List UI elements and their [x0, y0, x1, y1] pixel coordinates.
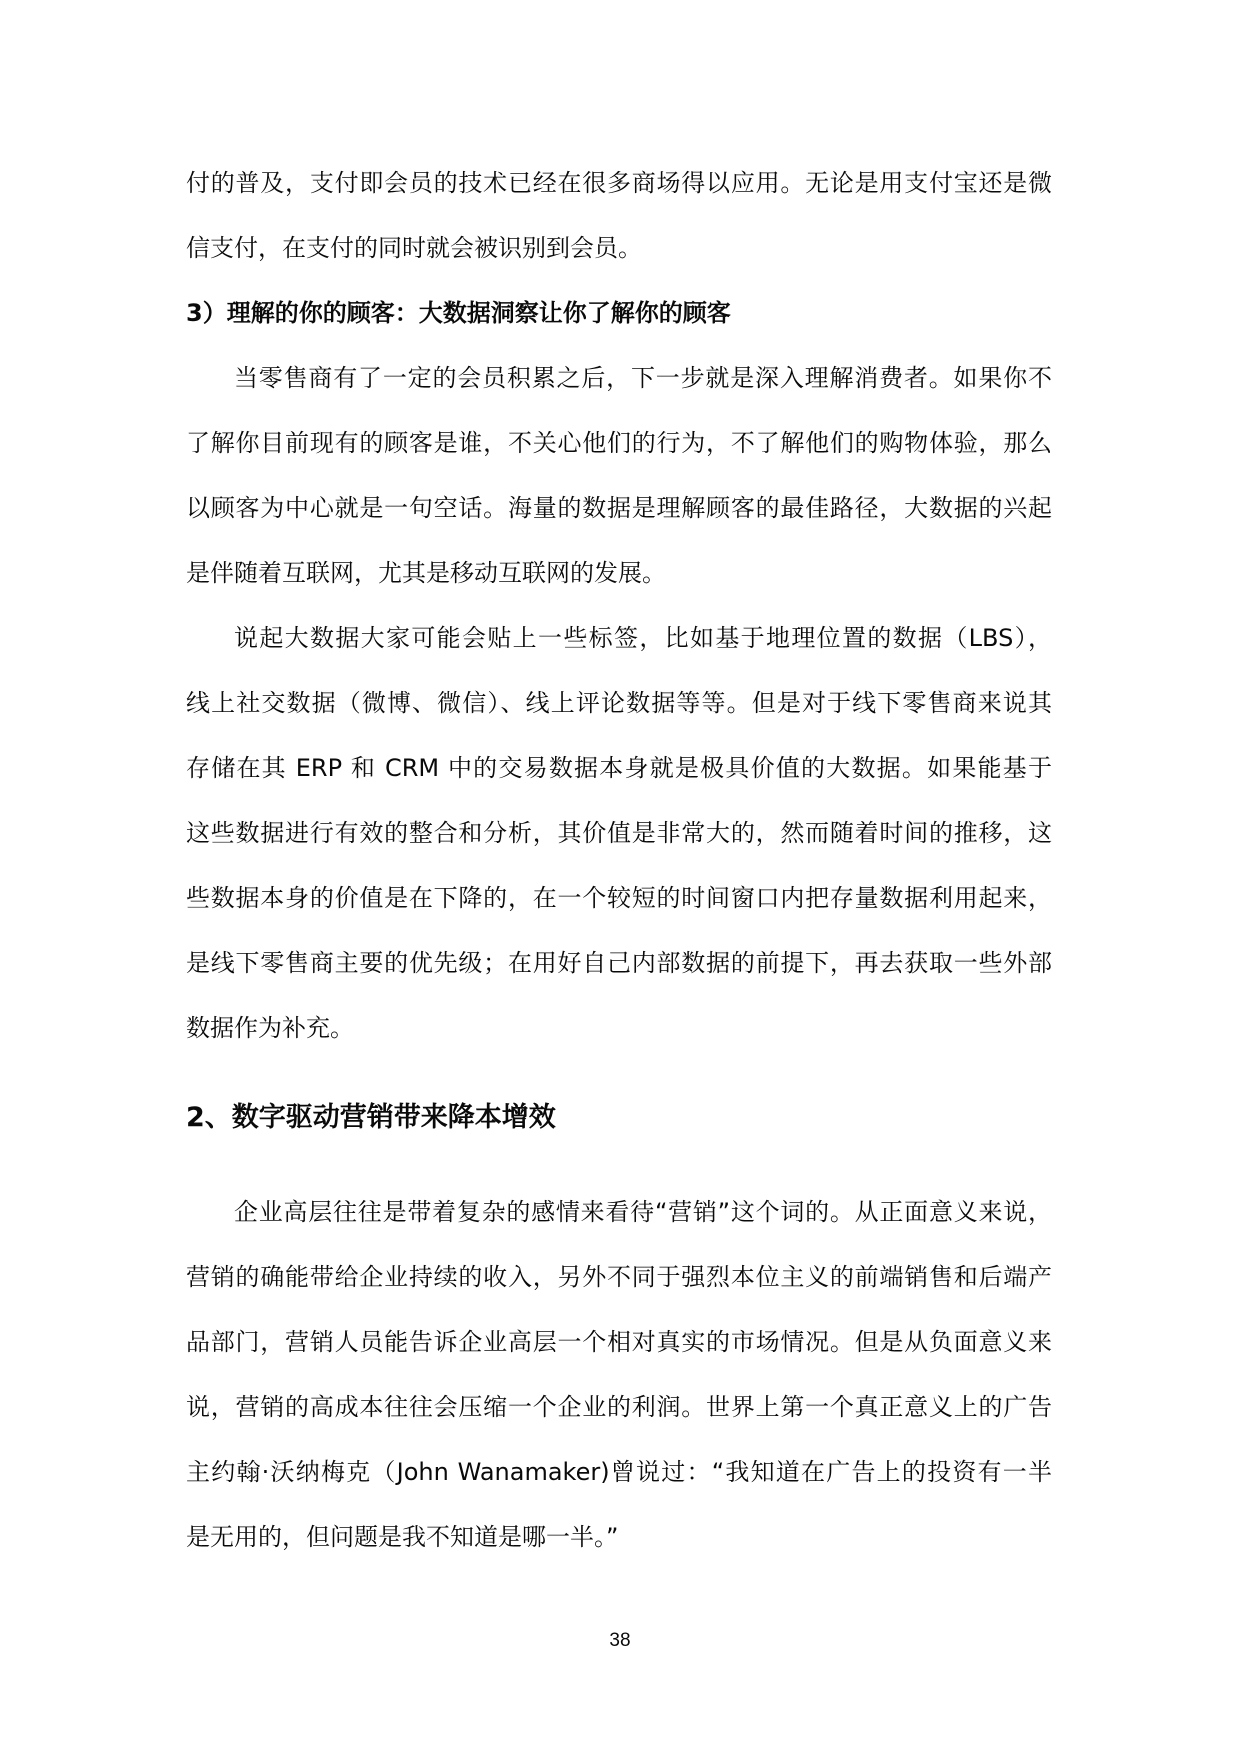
body-text-line: 些数据本身的价值是在下降的，在一个较短的时间窗口内把存量数据利用起来，: [186, 866, 1052, 931]
body-text-line: 这些数据进行有效的整合和分析，其价值是非常大的，然而随着时间的推移，这: [186, 801, 1052, 866]
body-text-line: 线上社交数据（微博、微信）、线上评论数据等等。但是对于线下零售商来说其: [186, 671, 1052, 736]
section-heading-digital-marketing: 2、数字驱动营销带来降本增效: [186, 1085, 1052, 1150]
body-text-line: 付的普及，支付即会员的技术已经在很多商场得以应用。无论是用支付宝还是微: [186, 151, 1052, 216]
body-text-line: 说起大数据大家可能会贴上一些标签，比如基于地理位置的数据（LBS），: [186, 606, 1052, 671]
body-text-line: 是伴随着互联网，尤其是移动互联网的发展。: [186, 541, 1052, 606]
body-text-line: 存储在其 ERP 和 CRM 中的交易数据本身就是极具价值的大数据。如果能基于: [186, 736, 1052, 801]
body-text-line: 信支付，在支付的同时就会被识别到会员。: [186, 216, 1052, 281]
page-content: 付的普及，支付即会员的技术已经在很多商场得以应用。无论是用支付宝还是微 信支付，…: [186, 151, 1052, 1570]
document-page: 付的普及，支付即会员的技术已经在很多商场得以应用。无论是用支付宝还是微 信支付，…: [0, 0, 1240, 1754]
paragraph-big-data-labels: 说起大数据大家可能会贴上一些标签，比如基于地理位置的数据（LBS）， 线上社交数…: [186, 606, 1052, 1061]
body-text-line: 是线下零售商主要的优先级；在用好自己内部数据的前提下，再去获取一些外部: [186, 931, 1052, 996]
body-text-line: 数据作为补充。: [186, 996, 1052, 1061]
paragraph-know-your-customers: 当零售商有了一定的会员积累之后，下一步就是深入理解消费者。如果你不 了解你目前现…: [186, 346, 1052, 606]
body-text-line: 当零售商有了一定的会员积累之后，下一步就是深入理解消费者。如果你不: [186, 346, 1052, 411]
page-number: 38: [0, 1626, 1240, 1656]
body-text-line: 营销的确能带给企业持续的收入，另外不同于强烈本位主义的前端销售和后端产: [186, 1245, 1052, 1310]
body-text-line: 品部门，营销人员能告诉企业高层一个相对真实的市场情况。但是从负面意义来: [186, 1310, 1052, 1375]
body-text-line: 说，营销的高成本往往会压缩一个企业的利润。世界上第一个真正意义上的广告: [186, 1375, 1052, 1440]
paragraph-payment-membership: 付的普及，支付即会员的技术已经在很多商场得以应用。无论是用支付宝还是微 信支付，…: [186, 151, 1052, 281]
section-heading-understand-customers: 3）理解的你的顾客：大数据洞察让你了解你的顾客: [186, 281, 1052, 346]
body-text-line: 以顾客为中心就是一句空话。海量的数据是理解顾客的最佳路径，大数据的兴起: [186, 476, 1052, 541]
paragraph-marketing-cost: 企业高层往往是带着复杂的感情来看待“营销”这个词的。从正面意义来说， 营销的确能…: [186, 1180, 1052, 1570]
body-text-line: 是无用的，但问题是我不知道是哪一半。”: [186, 1505, 1052, 1570]
body-text-line: 企业高层往往是带着复杂的感情来看待“营销”这个词的。从正面意义来说，: [186, 1180, 1052, 1245]
body-text-line: 了解你目前现有的顾客是谁，不关心他们的行为，不了解他们的购物体验，那么: [186, 411, 1052, 476]
body-text-line: 主约翰·沃纳梅克（John Wanamaker)曾说过：“我知道在广告上的投资有…: [186, 1440, 1052, 1505]
